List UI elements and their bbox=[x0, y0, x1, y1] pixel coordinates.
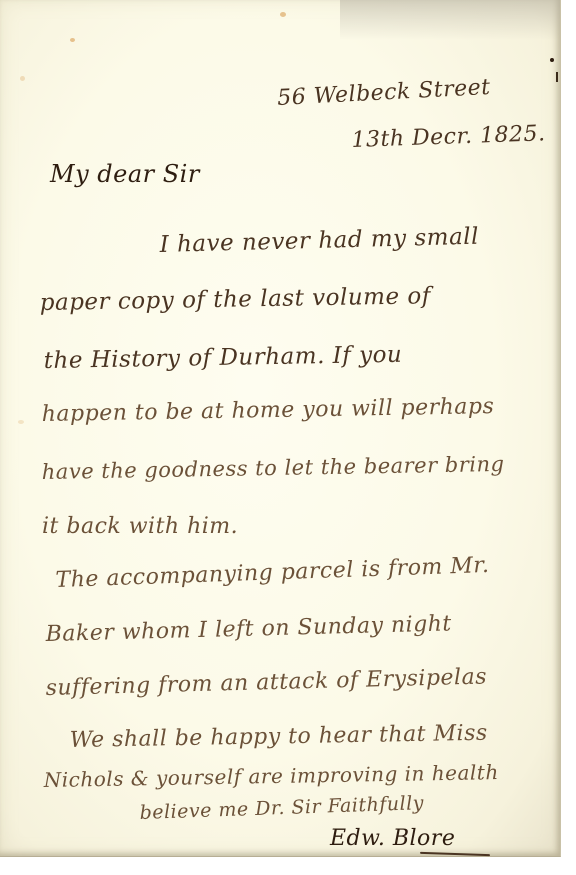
letter-body-line: We shall be happy to hear that Miss bbox=[70, 721, 488, 753]
letter-closing: believe me Dr. Sir Faithfully bbox=[139, 792, 424, 824]
letter-body-line: suffering from an attack of Erysipelas bbox=[45, 664, 487, 701]
foxing-stain bbox=[18, 420, 24, 424]
letter-address: 56 Welbeck Street bbox=[277, 75, 491, 111]
signature-underline bbox=[420, 852, 490, 856]
letter-body-line: it back with him. bbox=[42, 514, 238, 539]
letter-body-line: I have never had my small bbox=[159, 224, 479, 258]
paper-top-right-shading bbox=[340, 0, 560, 40]
letter-paper: 56 Welbeck Street 13th Decr. 1825. My de… bbox=[0, 0, 561, 857]
letter-body-line: Nichols & yourself are improving in heal… bbox=[44, 760, 499, 792]
letter-body-line: Baker whom I left on Sunday night bbox=[45, 611, 452, 647]
foxing-stain bbox=[280, 12, 286, 17]
letter-body-line: paper copy of the last volume of bbox=[40, 283, 431, 316]
letter-body-line: happen to be at home you will perhaps bbox=[42, 394, 495, 427]
foxing-stain bbox=[20, 76, 25, 81]
letter-body-line: The accompanying parcel is from Mr. bbox=[55, 553, 490, 593]
letter-signature: Edw. Blore bbox=[330, 826, 455, 851]
letter-date: 13th Decr. 1825. bbox=[351, 121, 546, 153]
ink-mark bbox=[556, 72, 558, 82]
ink-dot bbox=[550, 58, 554, 62]
letter-salutation: My dear Sir bbox=[50, 160, 200, 188]
foxing-stain bbox=[70, 38, 75, 42]
letter-body-line: have the goodness to let the bearer brin… bbox=[42, 452, 505, 484]
letter-body-line: the History of Durham. If you bbox=[44, 342, 403, 374]
